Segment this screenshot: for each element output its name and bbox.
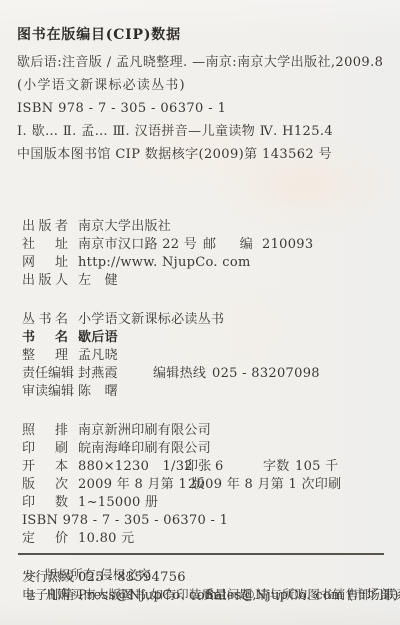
typesetting-value: 南京新洲印刷有限公司 — [78, 423, 211, 438]
cip-series-line: (小学语文新课标必读丛书) — [17, 75, 390, 97]
row-printing: 印刷皖南海峰印刷有限公司 — [0, 440, 400, 458]
exchange-note: ＊凡购买南大版图书,如有印装质量问题,请与所购图书销售部门联系调换 — [25, 585, 394, 605]
edition-value: 2009 年 8 月第 1 版 — [78, 477, 205, 492]
cip-description-line: 歇后语:注音版 / 孟凡晓整理. —南京:南京大学出版社,2009.8 — [17, 52, 390, 74]
sheets-value: 6 — [215, 458, 224, 476]
printing-label: 印刷 — [22, 440, 68, 458]
impression-value: 2009 年 8 月第 1 次印刷 — [188, 476, 341, 494]
row-website: 网址http://www. NjupCo. com — [0, 254, 400, 272]
book-title-label: 书名 — [22, 329, 68, 347]
print-run-value: 1~15000 册 — [78, 495, 158, 510]
compiler-label: 整理 — [22, 347, 68, 365]
series-name-value: 小学语文新课标必读丛书 — [78, 312, 224, 327]
row-format: 开本880×1230 1/32 印张 6 字数 105 千 — [0, 458, 400, 476]
row-publisher-person: 出版人左 健 — [0, 272, 400, 290]
cip-copyright-page: 图书在版编目(CIP)数据 歇后语:注音版 / 孟凡晓整理. —南京:南京大学出… — [0, 0, 400, 625]
address-label: 社址 — [22, 236, 68, 254]
editor-hotline-label: 编辑热线 — [153, 365, 206, 383]
cip-number-line: 中国版本图书馆 CIP 数据核字(2009)第 143562 号 — [17, 144, 390, 166]
printing-value: 皖南海峰印刷有限公司 — [78, 441, 211, 456]
wordcount-value: 105 千 — [295, 458, 338, 476]
cip-block: 图书在版编目(CIP)数据 歇后语:注音版 / 孟凡晓整理. —南京:南京大学出… — [17, 24, 390, 167]
horizontal-rule — [18, 553, 384, 555]
asterisk-bullet: ＊ — [25, 566, 45, 585]
publisher-value: 南京大学出版社 — [78, 219, 171, 234]
reviewer-label: 审读编辑 — [22, 383, 68, 401]
cip-header-title: 图书在版编目(CIP)数据 — [17, 24, 390, 46]
edition-label: 版次 — [22, 476, 68, 494]
row-book-title: 书名歇后语 — [0, 329, 400, 347]
exchange-note-text: 凡购买南大版图书,如有印装质量问题,请与所购图书销售部门联系调换 — [45, 587, 400, 602]
price-value: 10.80 元 — [78, 531, 134, 546]
row-edition: 版次2009 年 8 月第 1 版 2009 年 8 月第 1 次印刷 — [0, 476, 400, 494]
cip-classification-line: Ⅰ. 歇… Ⅱ. 孟… Ⅲ. 汉语拼音—儿童读物 Ⅳ. H125.4 — [17, 121, 390, 143]
typesetting-label: 照排 — [22, 422, 68, 440]
asterisk-bullet: ＊ — [25, 586, 45, 605]
editor-label: 责任编辑 — [22, 365, 68, 383]
series-name-label: 丛书名 — [22, 311, 68, 329]
editor-hotline-value: 025 - 83207098 — [212, 365, 320, 383]
copyright-note-text: 版权所有,侵权必究 — [45, 567, 151, 582]
print-run-label: 印数 — [22, 494, 68, 512]
isbn-value: ISBN 978 - 7 - 305 - 06370 - 1 — [22, 513, 228, 528]
group-gap — [0, 401, 400, 422]
publisher-person-label: 出版人 — [22, 272, 68, 290]
editor-value: 封燕霞 — [78, 366, 118, 381]
book-title-value: 歇后语 — [78, 330, 118, 345]
row-typesetting: 照排南京新洲印刷有限公司 — [0, 422, 400, 440]
group-gap — [0, 290, 400, 311]
row-series-name: 丛书名小学语文新课标必读丛书 — [0, 311, 400, 329]
copyright-note: ＊版权所有,侵权必究 — [25, 565, 394, 585]
postcode-label: 邮编 — [203, 236, 253, 254]
row-compiler: 整理孟凡晓 — [0, 347, 400, 365]
website-label: 网址 — [22, 254, 68, 272]
publisher-label: 出版者 — [22, 218, 68, 236]
row-isbn: ISBN 978 - 7 - 305 - 06370 - 1 — [0, 512, 400, 530]
footer-notes: ＊版权所有,侵权必究 ＊凡购买南大版图书,如有印装质量问题,请与所购图书销售部门… — [25, 565, 394, 605]
sheets-label: 印张 — [185, 458, 212, 476]
publisher-person-value: 左 健 — [78, 273, 118, 288]
row-address: 社址南京市汉口路 22 号 邮编 210093 — [0, 236, 400, 254]
row-print-run: 印数1~15000 册 — [0, 494, 400, 512]
row-reviewer: 审读编辑陈 曙 — [0, 383, 400, 401]
colophon-table: 出版者南京大学出版社 社址南京市汉口路 22 号 邮编 210093 网址htt… — [0, 218, 400, 605]
format-value: 880×1230 1/32 — [78, 459, 193, 474]
website-value: http://www. NjupCo. com — [78, 255, 251, 270]
cip-isbn-line: ISBN 978 - 7 - 305 - 06370 - 1 — [17, 98, 390, 120]
address-value: 南京市汉口路 22 号 — [78, 237, 197, 252]
format-label: 开本 — [22, 458, 68, 476]
price-label: 定价 — [22, 530, 68, 548]
wordcount-label: 字数 — [263, 458, 290, 476]
compiler-value: 孟凡晓 — [78, 348, 118, 363]
reviewer-value: 陈 曙 — [78, 384, 118, 399]
postcode-value: 210093 — [262, 236, 313, 254]
row-publisher: 出版者南京大学出版社 — [0, 218, 400, 236]
row-editor: 责任编辑封燕霞 编辑热线 025 - 83207098 — [0, 365, 400, 383]
row-price: 定价10.80 元 — [0, 530, 400, 548]
